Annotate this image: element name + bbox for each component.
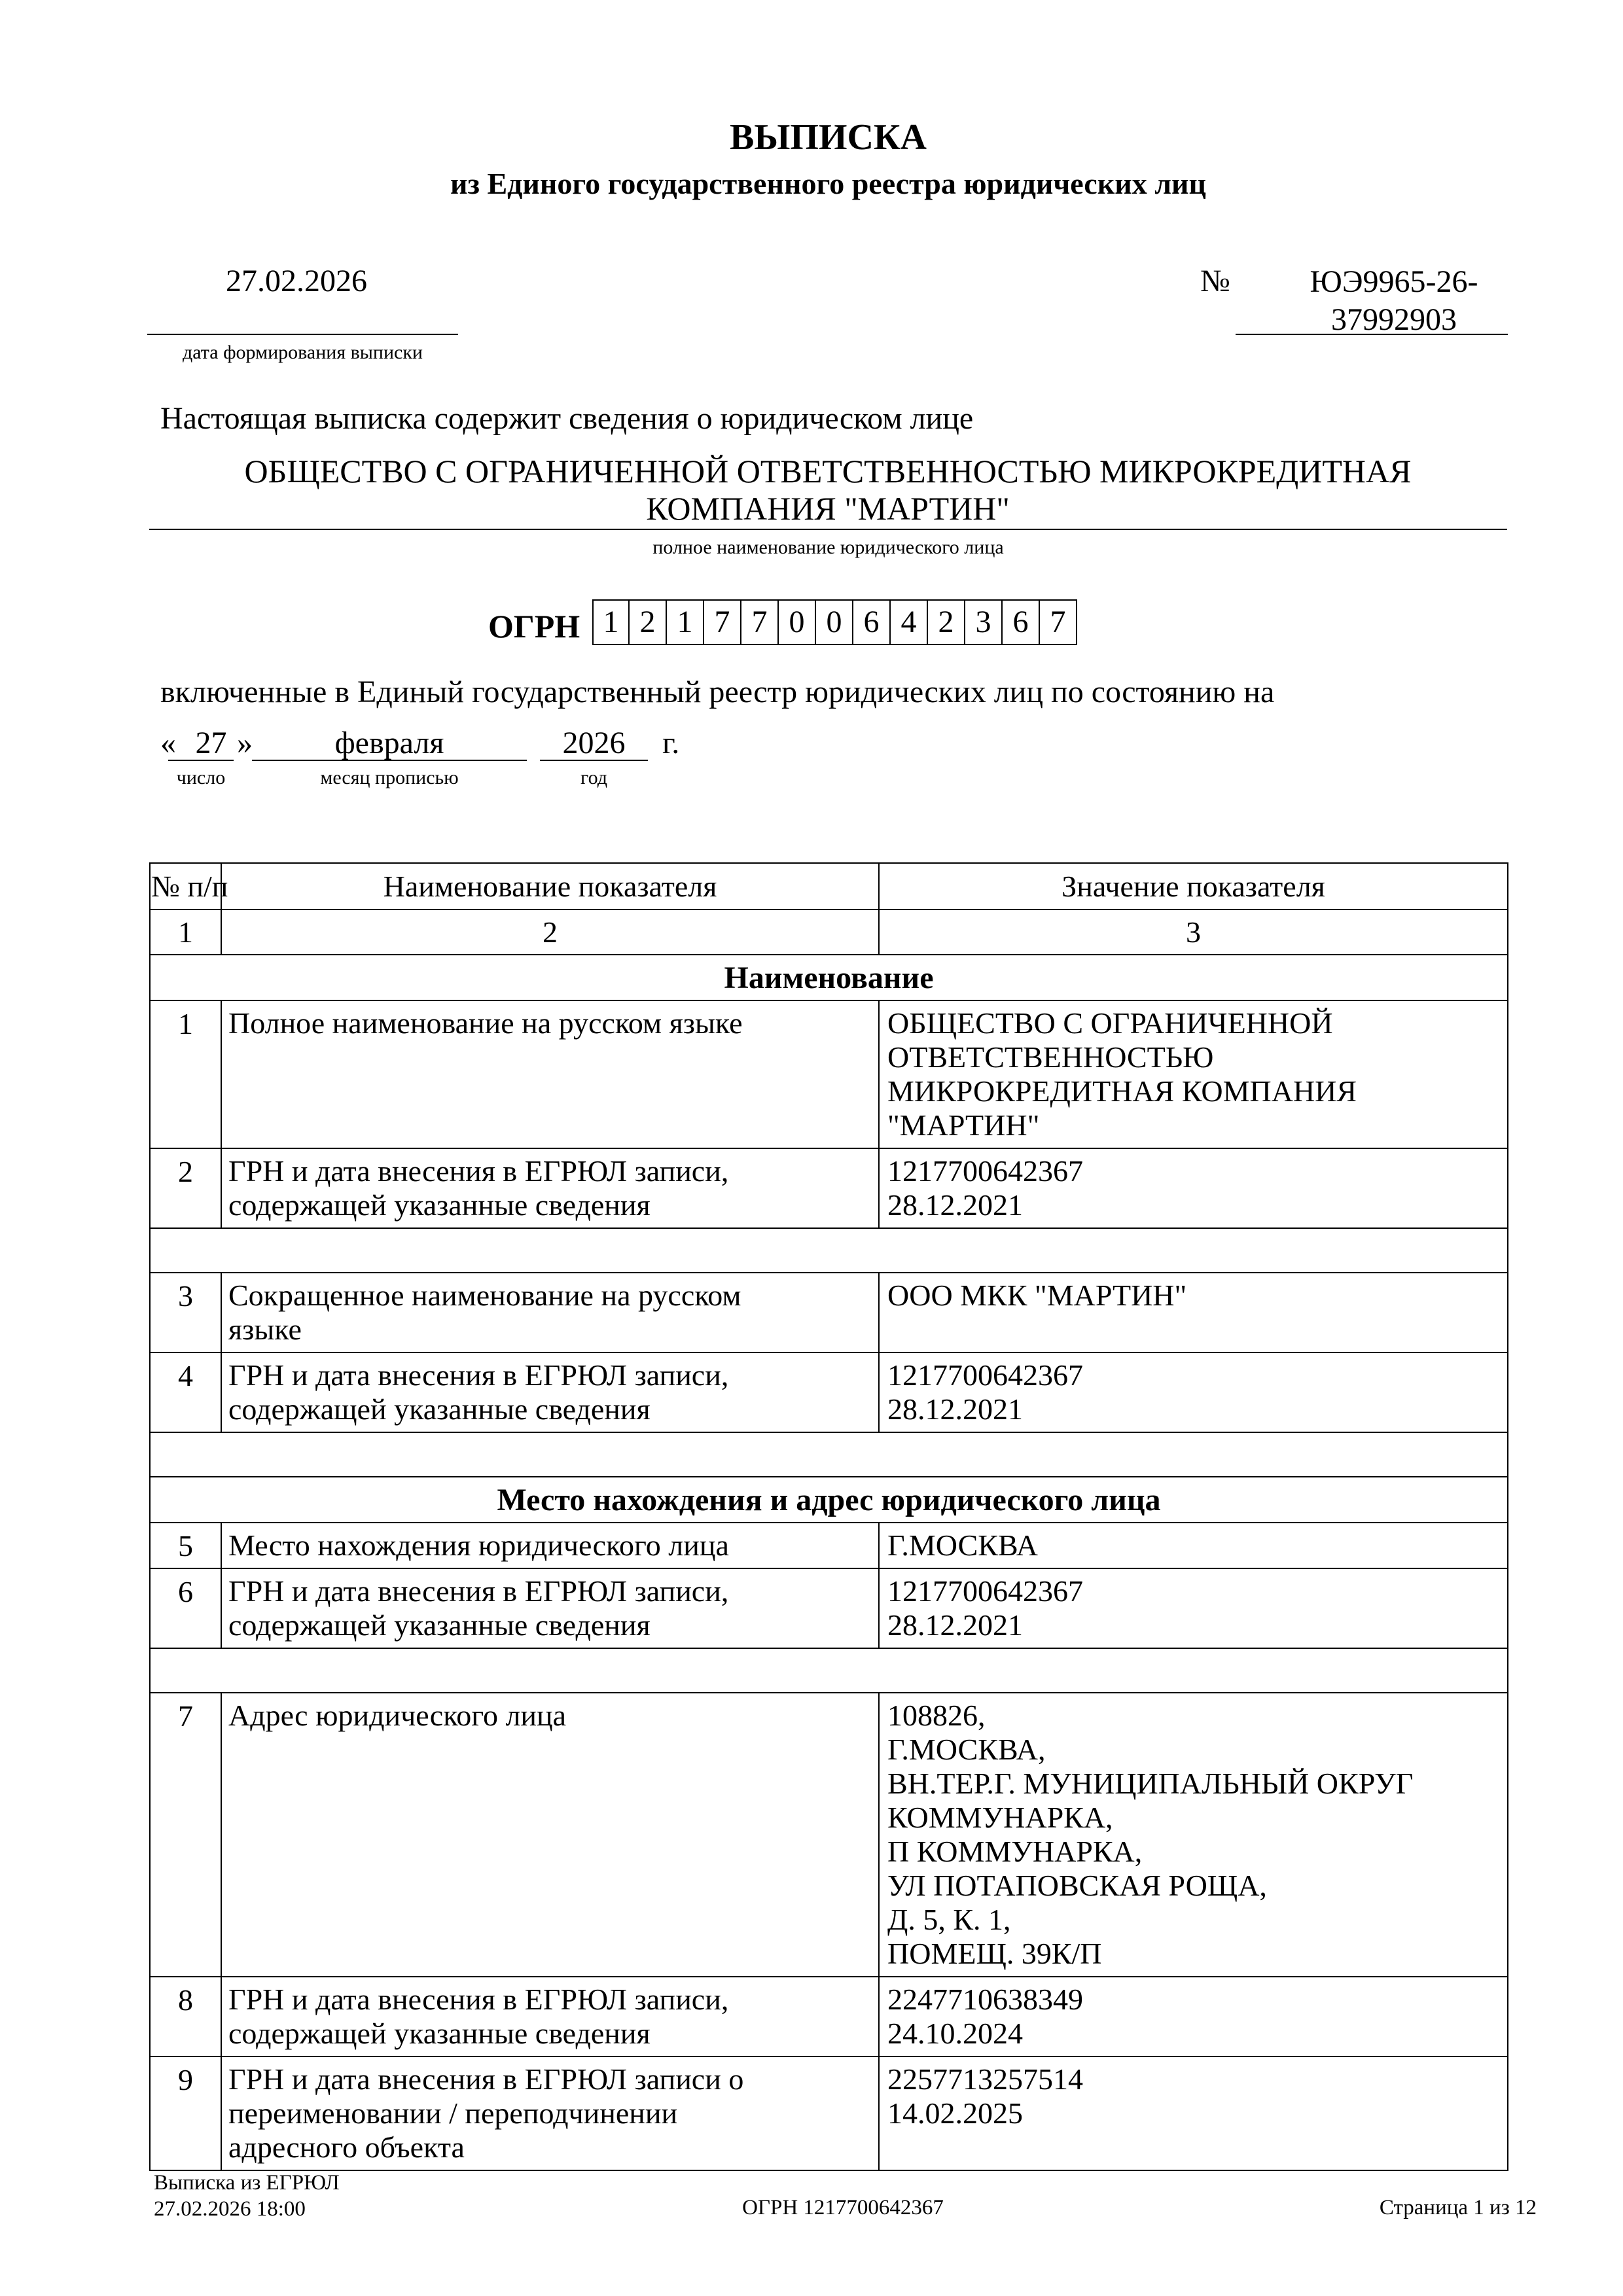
table-column-number-row: 1 2 3	[150, 910, 1508, 955]
row-value: 121770064236728.12.2021	[879, 1568, 1508, 1648]
document-number-underline	[1236, 334, 1508, 335]
record-date-month: февраля	[252, 725, 527, 761]
row-value: 121770064236728.12.2021	[879, 1148, 1508, 1228]
intro-line: Настоящая выписка содержит сведения о юр…	[160, 400, 1508, 436]
row-value: 224771063834924.10.2024	[879, 1977, 1508, 2057]
row-number: 9	[150, 2057, 221, 2170]
footer-page-number: Страница 1 из 12	[149, 2196, 1537, 2220]
row-label: Адрес юридического лица	[221, 1693, 879, 1977]
row-value: Г.МОСКВА	[879, 1523, 1508, 1568]
ogrn-digit-cell: 6	[853, 599, 891, 645]
ogrn-label: ОГРН	[488, 607, 580, 645]
row-value: 121770064236728.12.2021	[879, 1352, 1508, 1432]
header-col-label: Наименование показателя	[221, 863, 879, 910]
row-number: 7	[150, 1693, 221, 1977]
ogrn-digit-cell: 0	[816, 599, 853, 645]
table-row: 3 Сокращенное наименование на русскомязы…	[150, 1273, 1508, 1352]
table-row: 2 ГРН и дата внесения в ЕГРЮЛ записи,сод…	[150, 1148, 1508, 1228]
column-number-1: 1	[150, 910, 221, 955]
ogrn-digit-cell: 6	[1003, 599, 1040, 645]
row-label: ГРН и дата внесения в ЕГРЮЛ записи,содер…	[221, 1352, 879, 1432]
formation-date-underline	[147, 334, 458, 335]
row-number: 3	[150, 1273, 221, 1352]
document-subtitle: из Единого государственного реестра юрид…	[149, 166, 1507, 201]
record-date-day-caption: число	[168, 767, 234, 789]
row-number: 2	[150, 1148, 221, 1228]
spacer-cell	[150, 1228, 1508, 1273]
row-label: Место нахождения юридического лица	[221, 1523, 879, 1568]
record-date-month-caption: месяц прописью	[252, 767, 527, 789]
row-label: ГРН и дата внесения в ЕГРЮЛ записи,содер…	[221, 1977, 879, 2057]
row-number: 8	[150, 1977, 221, 2057]
table-row: 4 ГРН и дата внесения в ЕГРЮЛ записи,сод…	[150, 1352, 1508, 1432]
ogrn-digit-cell: 0	[779, 599, 816, 645]
record-date-year: 2026	[540, 725, 648, 761]
document-number-sign: №	[1200, 263, 1230, 299]
table-row: 7 Адрес юридического лица 108826,Г.МОСКВ…	[150, 1693, 1508, 1977]
document-title: ВЫПИСКА	[149, 116, 1507, 158]
row-label: ГРН и дата внесения в ЕГРЮЛ записи опере…	[221, 2057, 879, 2170]
row-label: Сокращенное наименование на русскомязыке	[221, 1273, 879, 1352]
section-title: Место нахождения и адрес юридического ли…	[150, 1477, 1508, 1523]
row-number: 1	[150, 1000, 221, 1148]
table-row: 1 Полное наименование на русском языке О…	[150, 1000, 1508, 1148]
spacer-cell	[150, 1432, 1508, 1477]
ogrn-digit-cell: 7	[741, 599, 779, 645]
ogrn-digit-cell: 1	[592, 599, 630, 645]
ogrn-digit-cell: 7	[704, 599, 741, 645]
record-date-year-caption: год	[540, 767, 648, 789]
record-date-year-underline	[540, 760, 648, 761]
column-number-3: 3	[879, 910, 1508, 955]
table-row: 9 ГРН и дата внесения в ЕГРЮЛ записи опе…	[150, 2057, 1508, 2170]
row-number: 5	[150, 1523, 221, 1568]
row-value: ОБЩЕСТВО С ОГРАНИЧЕННОЙОТВЕТСТВЕННОСТЬЮМ…	[879, 1000, 1508, 1148]
ogrn-digit-cell: 1	[667, 599, 704, 645]
table-section-row: Наименование	[150, 955, 1508, 1000]
document-number-value: ЮЭ9965-26-37992903	[1276, 263, 1512, 339]
row-number: 6	[150, 1568, 221, 1648]
company-name-underline	[149, 529, 1507, 530]
ogrn-digit-cell: 3	[965, 599, 1003, 645]
ogrn-digit-cell: 2	[630, 599, 667, 645]
ogrn-digit-cell: 4	[891, 599, 928, 645]
registry-table: № п/п Наименование показателя Значение п…	[149, 862, 1508, 2171]
row-label: ГРН и дата внесения в ЕГРЮЛ записи,содер…	[221, 1568, 879, 1648]
section-title: Наименование	[150, 955, 1508, 1000]
table-spacer-row	[150, 1432, 1508, 1477]
table-spacer-row	[150, 1648, 1508, 1693]
table-section-row: Место нахождения и адрес юридического ли…	[150, 1477, 1508, 1523]
company-name-caption: полное наименование юридического лица	[149, 537, 1507, 559]
header-col-num: № п/п	[150, 863, 221, 910]
row-value: ООО МКК "МАРТИН"	[879, 1273, 1508, 1352]
footer-doc-type: Выписка из ЕГРЮЛ	[154, 2170, 340, 2196]
record-date-month-underline	[252, 760, 527, 761]
row-value: 108826,Г.МОСКВА,ВН.ТЕР.Г. МУНИЦИПАЛЬНЫЙ …	[879, 1693, 1508, 1977]
row-number: 4	[150, 1352, 221, 1432]
table-row: 6 ГРН и дата внесения в ЕГРЮЛ записи,сод…	[150, 1568, 1508, 1648]
ogrn-digit-boxes: 1 2 1 7 7 0 0 6 4 2 3 6 7	[592, 599, 1077, 645]
spacer-cell	[150, 1648, 1508, 1693]
egrul-extract-page: ВЫПИСКА из Единого государственного реес…	[0, 0, 1623, 2296]
ogrn-digit-cell: 7	[1040, 599, 1077, 645]
table-header-row: № п/п Наименование показателя Значение п…	[150, 863, 1508, 910]
record-date-year-suffix: г.	[662, 725, 679, 761]
formation-date-caption: дата формирования выписки	[147, 342, 458, 364]
company-full-name: ОБЩЕСТВО С ОГРАНИЧЕННОЙ ОТВЕТСТВЕННОСТЬЮ…	[232, 453, 1423, 527]
record-date-close-quote: »	[237, 725, 253, 761]
table-spacer-row	[150, 1228, 1508, 1273]
formation-date: 27.02.2026	[226, 263, 367, 299]
row-label: Полное наименование на русском языке	[221, 1000, 879, 1148]
table-row: 5 Место нахождения юридического лица Г.М…	[150, 1523, 1508, 1568]
ogrn-digit-cell: 2	[928, 599, 965, 645]
included-line: включенные в Единый государственный реес…	[160, 674, 1508, 710]
header-col-value: Значение показателя	[879, 863, 1508, 910]
record-date-day-underline	[168, 760, 234, 761]
record-date-open-quote: «	[160, 725, 176, 761]
row-label: ГРН и дата внесения в ЕГРЮЛ записи,содер…	[221, 1148, 879, 1228]
row-value: 225771325751414.02.2025	[879, 2057, 1508, 2170]
table-row: 8 ГРН и дата внесения в ЕГРЮЛ записи,сод…	[150, 1977, 1508, 2057]
record-date-day: 27	[187, 725, 236, 761]
column-number-2: 2	[221, 910, 879, 955]
